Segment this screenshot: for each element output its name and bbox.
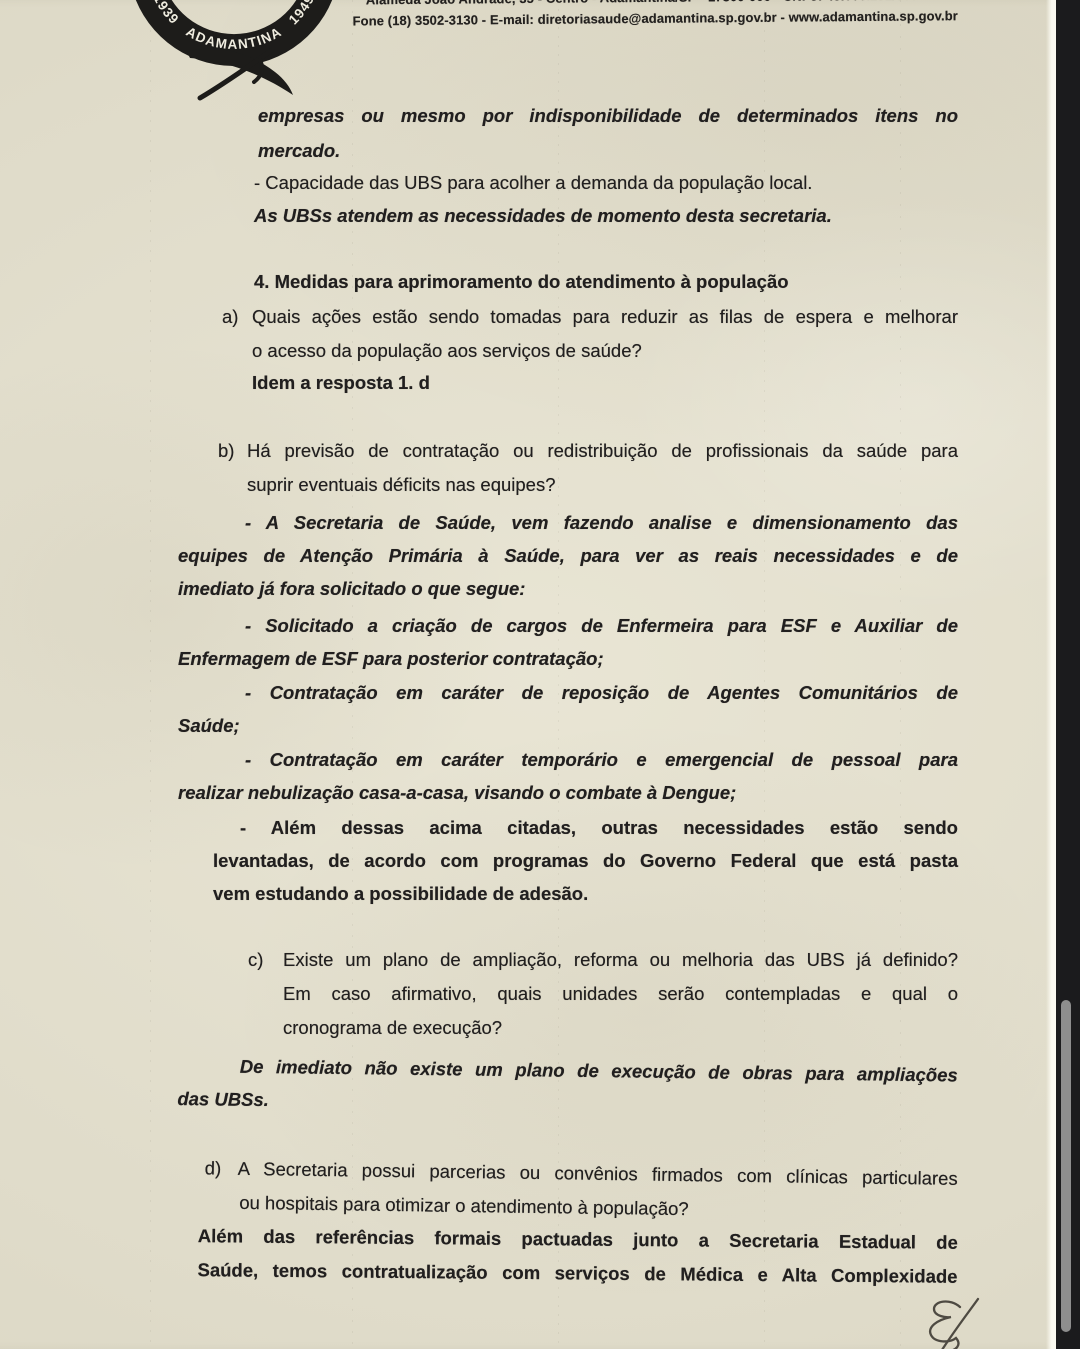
text-line: - Contratação em caráter de reposição de… xyxy=(178,676,958,709)
answer-b-intro: - A Secretaria de Saúde, vem fazendo ana… xyxy=(178,506,958,605)
text-line: vem estudando a possibilidade de adesão. xyxy=(178,877,958,910)
text-line: - Além dessas acima citadas, outras nece… xyxy=(178,811,958,844)
text-line: a)Quais ações estão sendo tomadas para r… xyxy=(178,300,958,334)
text-line: b)Há previsão de contratação ou redistri… xyxy=(178,434,958,468)
text-line: suprir eventuais déficits nas equipes? xyxy=(178,468,958,502)
text-line: imediato já fora solicitado o que segue: xyxy=(178,572,958,605)
question-c: c)Existe um plano de ampliação, reforma … xyxy=(178,943,958,1045)
scrollbar-track[interactable] xyxy=(1056,0,1080,1349)
paper-edge-highlight xyxy=(1046,0,1056,1349)
question-d: d)A Secretaria possui parcerias ou convê… xyxy=(177,1151,958,1230)
text-line: Saúde; xyxy=(178,709,958,742)
text-line: levantadas, de acordo com programas do G… xyxy=(178,844,958,877)
bullet-contratacao-reposicao: - Contratação em caráter de reposição de… xyxy=(178,676,958,742)
text-line: realizar nebulização casa-a-casa, visand… xyxy=(178,776,958,809)
heading-4-medidas: 4. Medidas para aprimoramento do atendim… xyxy=(178,265,958,298)
text-line: empresas ou mesmo por indisponibilidade … xyxy=(178,98,958,133)
line-text: Há previsão de contratação ou redistribu… xyxy=(247,440,958,461)
bullet-solicitado-cargos: - Solicitado a criação de cargos de Enfe… xyxy=(178,609,958,675)
document-blocks: empresas ou mesmo por indisponibilidade … xyxy=(0,0,1080,1349)
question-a: a)Quais ações estão sendo tomadas para r… xyxy=(178,300,958,368)
list-marker: c) xyxy=(248,943,283,977)
para-ubss-atendem: As UBSs atendem as necessidades de momen… xyxy=(178,199,958,232)
line-text: Existe um plano de ampliação, reforma ou… xyxy=(283,949,958,970)
text-line: As UBSs atendem as necessidades de momen… xyxy=(178,199,958,232)
bullet-alem-dessas: - Além dessas acima citadas, outras nece… xyxy=(178,811,958,910)
text-line: Saúde, temos contratualização com serviç… xyxy=(177,1253,957,1294)
text-line: - Contratação em caráter temporário e em… xyxy=(178,743,958,776)
para-empresas-mercado: empresas ou mesmo por indisponibilidade … xyxy=(178,98,958,168)
handwritten-initials xyxy=(890,1293,1000,1349)
scanned-document-page: 1939 ADAMANTINA 1949 Alameda João Andrad… xyxy=(0,0,1080,1349)
text-line: o acesso da população aos serviços de sa… xyxy=(178,334,958,368)
list-marker: a) xyxy=(222,300,252,334)
text-line: 4. Medidas para aprimoramento do atendim… xyxy=(178,265,958,298)
bullet-contratacao-temporaria: - Contratação em caráter temporário e em… xyxy=(178,743,958,809)
list-marker: d) xyxy=(205,1151,238,1185)
text-line: - A Secretaria de Saúde, vem fazendo ana… xyxy=(178,506,958,539)
text-line: - Capacidade das UBS para acolher a dema… xyxy=(178,166,958,199)
text-line: equipes de Atenção Primária à Saúde, par… xyxy=(178,539,958,572)
text-line: Idem a resposta 1. d xyxy=(178,366,958,399)
text-line: cronograma de execução? xyxy=(178,1011,958,1045)
question-b: b)Há previsão de contratação ou redistri… xyxy=(178,434,958,502)
text-line: mercado. xyxy=(178,133,958,168)
text-line: c)Existe um plano de ampliação, reforma … xyxy=(178,943,958,977)
answer-c: De imediato não existe um plano de execu… xyxy=(177,1049,958,1125)
text-line: Enfermagem de ESF para posterior contrat… xyxy=(178,642,958,675)
answer-a: Idem a resposta 1. d xyxy=(178,366,958,399)
para-capacidade-ubs: - Capacidade das UBS para acolher a dema… xyxy=(178,166,958,199)
line-text: A Secretaria possui parcerias ou convêni… xyxy=(238,1158,958,1189)
line-text: Quais ações estão sendo tomadas para red… xyxy=(252,306,958,327)
text-line: - Solicitado a criação de cargos de Enfe… xyxy=(178,609,958,642)
answer-d: Além das referências formais pactuadas j… xyxy=(177,1219,958,1294)
text-line: Em caso afirmativo, quais unidades serão… xyxy=(178,977,958,1011)
list-marker: b) xyxy=(218,434,247,468)
scrollbar-thumb[interactable] xyxy=(1061,1000,1071,1332)
